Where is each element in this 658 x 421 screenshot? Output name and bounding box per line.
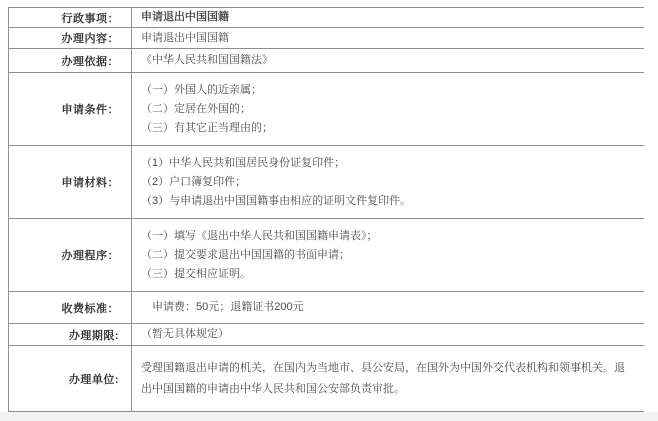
table-row: 行政事项： 申请退出中国国籍: [9, 8, 644, 28]
value-line: （一）填写《退出中华人民共和国国籍申请表》；: [141, 227, 634, 246]
row-label: 申请材料：: [9, 146, 132, 218]
row-label: 办理程序：: [9, 219, 132, 291]
row-value: 受理国籍退出申请的机关，在国内为当地市、县公安局，在国外为中国外交代表机构和领事…: [132, 346, 644, 411]
value-line: （二）定居在外国的；: [141, 100, 634, 119]
row-label: 办理内容：: [9, 28, 132, 48]
value-line: （三）提交相应证明。: [141, 265, 634, 284]
row-value: 申请退出中国国籍: [132, 8, 644, 27]
value-line: 申请费：50元；退籍证书200元: [141, 298, 634, 317]
value-line: （1）中华人民共和国居民身份证复印件；: [141, 154, 634, 173]
value-line: 受理国籍退出申请的机关，在国内为当地市、县公安局，在国外为中国外交代表机构和领事…: [141, 358, 634, 400]
row-value: 申请退出中国国籍: [132, 28, 644, 48]
value-line: （三）有其它正当理由的；: [141, 119, 634, 138]
value-line: （二）提交要求退出中国国籍的书面申请；: [141, 246, 634, 265]
table-row: 办理单位: 受理国籍退出申请的机关，在国内为当地市、县公安局，在国外为中国外交代…: [9, 346, 644, 412]
row-value: （1）中华人民共和国居民身份证复印件；（2）户口簿复印件；（3）与申请退出中国国…: [132, 146, 644, 218]
row-value: （暂无具体规定）: [132, 324, 644, 345]
value-line: （2）户口簿复印件；: [141, 173, 634, 192]
value-line: （暂无具体规定）: [141, 325, 634, 344]
value-line: 申请退出中国国籍: [141, 8, 634, 27]
row-label: 办理依据：: [9, 49, 132, 72]
row-label: 办理期限:: [9, 324, 132, 345]
value-line: （3）与申请退出中国国籍事由相应的证明文件复印件。: [141, 192, 634, 211]
table-row: 办理依据： 《中华人民共和国国籍法》: [9, 49, 644, 73]
row-value: 《中华人民共和国国籍法》: [132, 49, 644, 72]
row-label: 行政事项：: [9, 8, 132, 27]
row-label: 申请条件：: [9, 73, 132, 145]
table-row: 申请条件： （一）外国人的近亲属；（二）定居在外国的；（三）有其它正当理由的；: [9, 73, 644, 146]
page-bottom-strip: [0, 412, 658, 421]
info-table: 行政事项： 申请退出中国国籍 办理内容： 申请退出中国国籍 办理依据： 《中华人…: [8, 7, 644, 412]
page: 行政事项： 申请退出中国国籍 办理内容： 申请退出中国国籍 办理依据： 《中华人…: [0, 0, 658, 421]
table-row: 收费标准： 申请费：50元；退籍证书200元: [9, 292, 644, 324]
row-label: 办理单位:: [9, 346, 132, 411]
table-row: 办理期限: （暂无具体规定）: [9, 324, 644, 346]
table-row: 办理程序： （一）填写《退出中华人民共和国国籍申请表》；（二）提交要求退出中国国…: [9, 219, 644, 292]
row-value: （一）外国人的近亲属；（二）定居在外国的；（三）有其它正当理由的；: [132, 73, 644, 145]
value-line: 《中华人民共和国国籍法》: [141, 51, 634, 70]
value-line: 申请退出中国国籍: [141, 29, 634, 48]
table-row: 办理内容： 申请退出中国国籍: [9, 28, 644, 49]
row-value: 申请费：50元；退籍证书200元: [132, 292, 644, 323]
table-row: 申请材料： （1）中华人民共和国居民身份证复印件；（2）户口簿复印件；（3）与申…: [9, 146, 644, 219]
row-label: 收费标准：: [9, 292, 132, 323]
value-line: （一）外国人的近亲属；: [141, 81, 634, 100]
row-value: （一）填写《退出中华人民共和国国籍申请表》；（二）提交要求退出中国国籍的书面申请…: [132, 219, 644, 291]
